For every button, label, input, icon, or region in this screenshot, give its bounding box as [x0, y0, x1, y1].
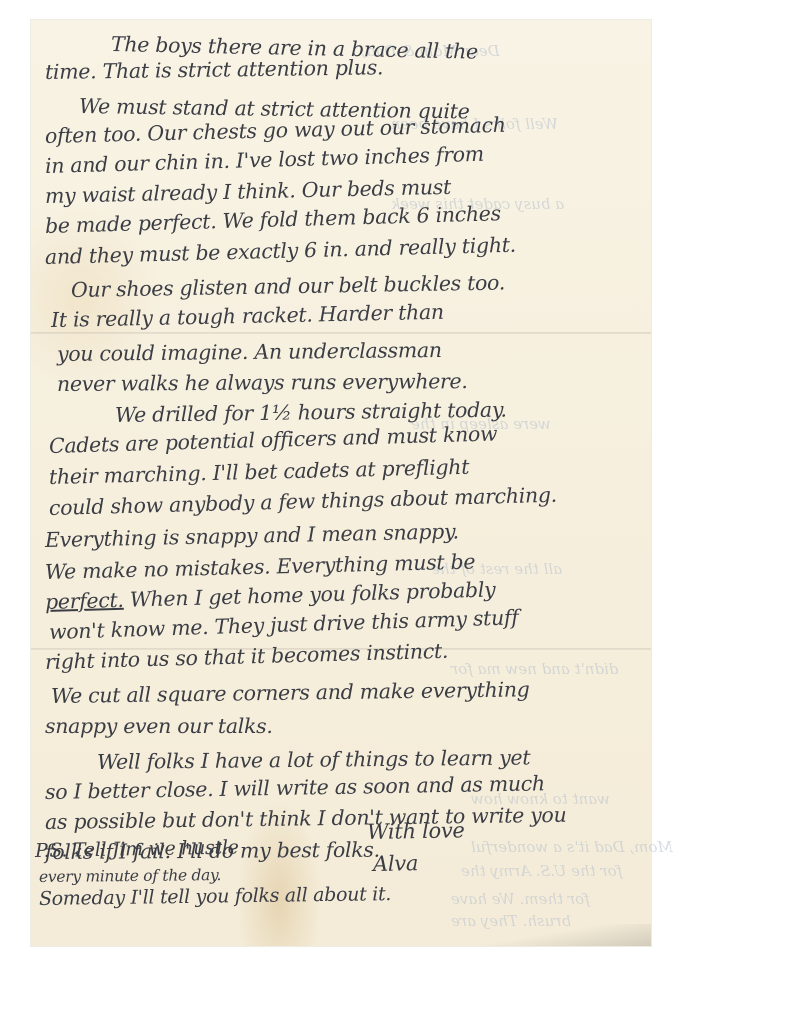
letter-line-rest: When I get home you folks probably — [123, 577, 495, 611]
letter-line: We cut all square corners and make every… — [51, 677, 530, 708]
letter-line: right into us so that it becomes instinc… — [45, 639, 449, 674]
letter-line: be made perfect. We fold them back 6 inc… — [45, 201, 501, 238]
bleed-through-line: brush. They are — [451, 912, 571, 930]
letter-line: in and our chin in. I've lost two inches… — [45, 142, 485, 178]
letter-line: Our shoes glisten and our belt buckles t… — [71, 270, 505, 302]
bleed-through-line: didn't and new ma for — [451, 660, 618, 678]
postscript-line: P.S. Tell Jim we hustle — [35, 836, 239, 862]
letter-line: their marching. I'll bet cadets at prefl… — [49, 455, 470, 489]
letter-line: snappy even our talks. — [45, 714, 273, 738]
bleed-through-line: Mom, Dad it's a wonderful — [471, 838, 673, 856]
letter-line: never walks he always runs everywhere. — [57, 369, 468, 396]
letter-page: Dear Mom & Dad, Well folks I have been a… — [31, 20, 651, 946]
letter-line: you could imagine. An underclassman — [57, 338, 442, 366]
letter-line: time. That is strict attention plus. — [45, 55, 384, 84]
closing-salutation: With love — [367, 818, 465, 844]
letter-line: and they must be exactly 6 in. and reall… — [45, 233, 516, 269]
letter-line: Everything is snappy and I mean snappy. — [45, 519, 459, 552]
bleed-through-line: for the U.S. Army the — [461, 862, 622, 880]
bleed-through-line: for them. We have — [451, 890, 590, 908]
letter-line: as possible but don't think I don't want… — [45, 803, 567, 834]
underlined-word: perfect. — [45, 588, 124, 614]
postscript-line: every minute of the day. — [39, 866, 221, 886]
fold-line-upper — [31, 332, 651, 334]
postscript-line: Someday I'll tell you folks all about it… — [39, 883, 391, 910]
letter-line: It is really a tough racket. Harder than — [51, 300, 444, 332]
letter-line: Well folks I have a lot of things to lea… — [97, 745, 530, 774]
signature: Alva — [373, 851, 418, 876]
letter-line: could show anybody a few things about ma… — [49, 483, 557, 520]
